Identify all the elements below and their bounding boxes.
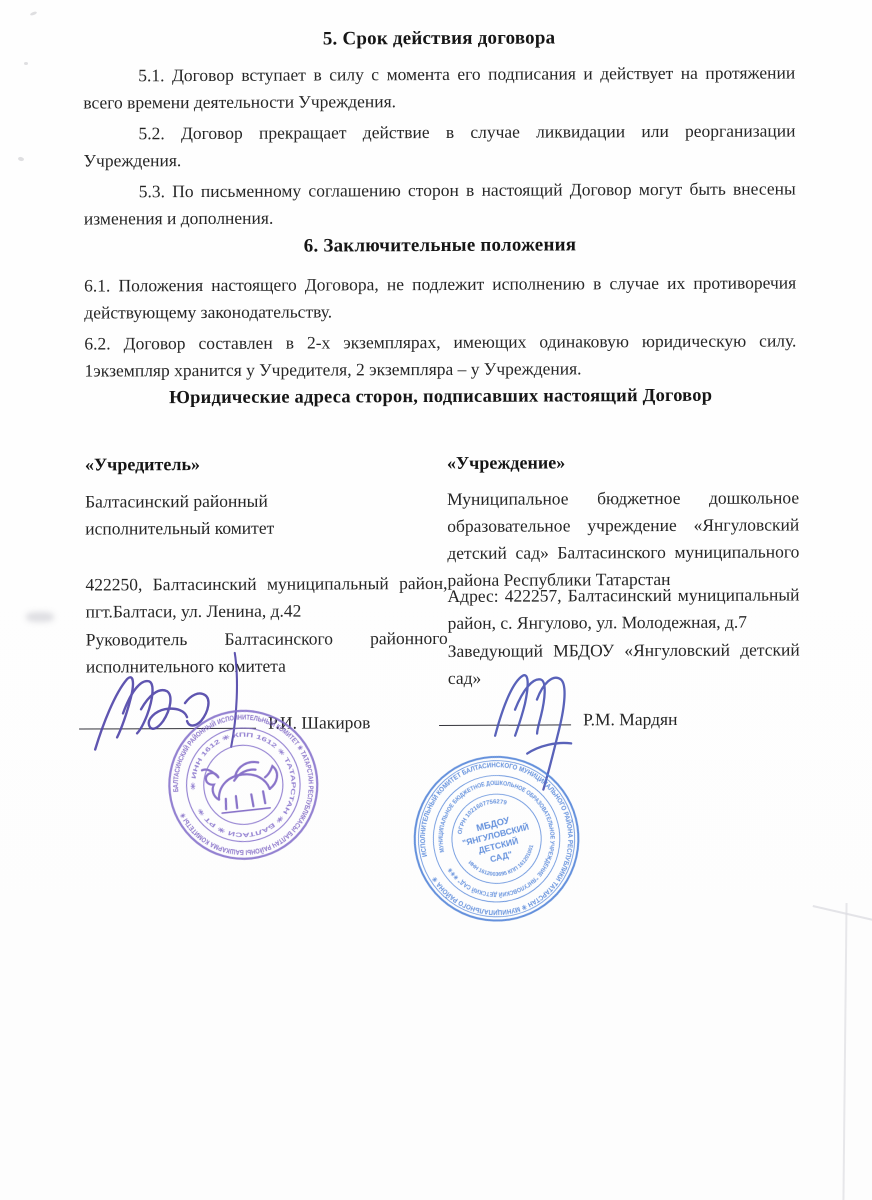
- institution-org-name: Муниципальное бюджетное дошкольное образ…: [447, 484, 799, 594]
- svg-text:ОГРН 1021607756279: ОГРН 1021607756279: [451, 796, 513, 837]
- scanned-contract-page: 5. Срок действия договора 5.1. Договор в…: [0, 0, 872, 1200]
- founder-signature-row: Р.И. Шакиров: [79, 712, 370, 734]
- institution-stamp-ogrn-text: ОГРН 1021607756279: [451, 796, 513, 837]
- institution-stamp-inn-text: ИНН 1612003695 КПП 161201001: [466, 843, 541, 885]
- svg-text:ИНН 1612003695 КПП 161201001: ИНН 1612003695 КПП 161201001: [466, 843, 541, 885]
- document-content: 5. Срок действия договора 5.1. Договор в…: [0, 0, 872, 1200]
- institution-address: Адрес: 422257, Балтасинский муниципальны…: [447, 581, 799, 637]
- institution-signature-line: [439, 724, 571, 726]
- founder-column: «Учредитель» Балтасинский районный испол…: [85, 450, 447, 479]
- founder-address: 422250, Балтасинский муниципальный район…: [85, 570, 447, 626]
- paragraph-5-3: 5.3. По письменному соглашению сторон в …: [84, 175, 796, 232]
- founder-org-line1: Балтасинский районный: [85, 487, 385, 515]
- section-6-heading: 6. Заключительные положения: [84, 233, 796, 258]
- institution-round-stamp: ИСПОЛНИТЕЛЬНЫЙ КОМИТЕТ БАЛТАСИНСКОГО МУН…: [384, 726, 610, 952]
- founder-signature-line: [79, 728, 256, 730]
- institution-signature-row: Р.М. Мардян: [439, 709, 677, 731]
- founder-stamp-inner-ring-text: ✳ ИНН 1612 ✳ КПП 1612 ✳ ТАТАРСТАН ✳ БАЛТ…: [185, 727, 301, 843]
- institution-stamp-middle-ring-text: МУНИЦИПАЛЬНОЕ БЮДЖЕТНОЕ ДОШКОЛЬНОЕ ОБРАЗ…: [425, 767, 568, 911]
- svg-text:ДЕТСКИЙ: ДЕТСКИЙ: [477, 835, 519, 856]
- svg-text:САД": САД": [489, 849, 513, 864]
- svg-text:ИСПОЛНИТЕЛЬНЫЙ КОМИТЕТ БАЛТАСИ: ИСПОЛНИТЕЛЬНЫЙ КОМИТЕТ БАЛТАСИНСКОГО МУН…: [403, 745, 591, 932]
- paragraph-5-1: 5.1. Договор вступает в силу с момента е…: [83, 59, 795, 116]
- founder-role: Руководитель Балтасинского районного исп…: [86, 625, 448, 681]
- founder-org-name: Балтасинский районный исполнительный ком…: [85, 487, 385, 542]
- paragraph-5-2: 5.2. Договор прекращает действие в случа…: [83, 117, 795, 174]
- section-5-heading: 5. Срок действия договора: [83, 26, 795, 51]
- institution-label: «Учреждение»: [447, 448, 799, 477]
- svg-text:"ЯНГУЛОВСКИЙ: "ЯНГУЛОВСКИЙ: [461, 821, 530, 848]
- institution-column: «Учреждение» Муниципальное бюджетное дош…: [447, 448, 799, 477]
- paragraph-6-2: 6.2. Договор составлен в 2-х экземплярах…: [84, 327, 796, 384]
- institution-stamp-outer-ring-text: ИСПОЛНИТЕЛЬНЫЙ КОМИТЕТ БАЛТАСИНСКОГО МУН…: [403, 745, 591, 932]
- tatarstan-emblem-icon: [202, 759, 281, 814]
- founder-label: «Учредитель»: [85, 450, 447, 479]
- founder-signer-name: Р.И. Шакиров: [268, 712, 370, 732]
- addresses-heading: Юридические адреса сторон, подписавших н…: [85, 385, 797, 409]
- institution-signer-name: Р.М. Мардян: [583, 709, 677, 729]
- svg-text:✳ ИНН 1612 ✳ КПП 1612 ✳ ТАТАРС: ✳ ИНН 1612 ✳ КПП 1612 ✳ ТАТАРСТАН ✳ БАЛТ…: [185, 727, 301, 843]
- institution-role: Заведующий МБДОУ «Янгуловский детский са…: [448, 636, 800, 692]
- svg-text:МУНИЦИПАЛЬНОЕ БЮДЖЕТНОЕ ДОШКОЛ: МУНИЦИПАЛЬНОЕ БЮДЖЕТНОЕ ДОШКОЛЬНОЕ ОБРАЗ…: [425, 767, 568, 911]
- svg-text:МБДОУ: МБДОУ: [475, 815, 510, 833]
- paragraph-6-1: 6.1. Положения настоящего Договора, не п…: [84, 269, 796, 326]
- founder-org-line2: исполнительный комитет: [85, 514, 385, 542]
- institution-stamp-center-text: МБДОУ "ЯНГУЛОВСКИЙ ДЕТСКИЙ САД": [458, 811, 535, 870]
